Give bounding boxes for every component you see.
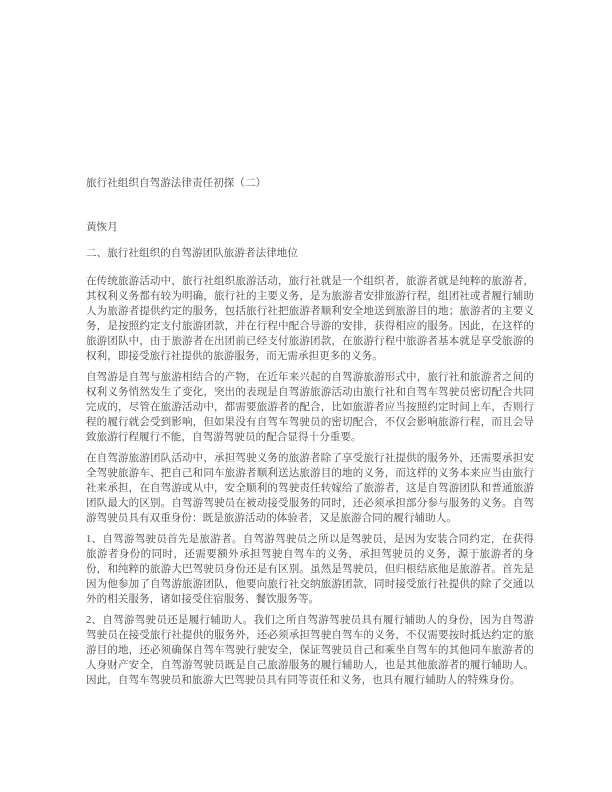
author-name: 黄恢月	[86, 220, 534, 235]
paragraph: 自驾游是自驾与旅游相结合的产物，在近年来兴起的自驾游旅游形式中，旅行社和旅游者之…	[86, 370, 534, 445]
paragraph: 1、自驾游驾驶员首先是旅游者。自驾游驾驶员之所以是驾驶员，是因为安装合同约定，在…	[86, 532, 534, 607]
paragraph: 在传统旅游活动中，旅行社组织旅游活动，旅行社就是一个组织者，旅游者就是纯粹的旅游…	[86, 274, 534, 364]
section-heading: 二、旅行社组织的自驾游团队旅游者法律地位	[86, 246, 534, 261]
paragraph: 2、自驾游驾驶员还是履行辅助人。我们之所自驾游驾驶员具有履行辅助人的身份，因为自…	[86, 613, 534, 688]
document-title: 旅行社组织自驾游法律责任初探（二）	[86, 176, 534, 191]
document-page: 旅行社组织自驾游法律责任初探（二） 黄恢月 二、旅行社组织的自驾游团队旅游者法律…	[0, 0, 612, 792]
paragraph: 在自驾游旅游团队活动中，承担驾驶义务的旅游者除了享受旅行社提供的服务外，还需要承…	[86, 451, 534, 526]
